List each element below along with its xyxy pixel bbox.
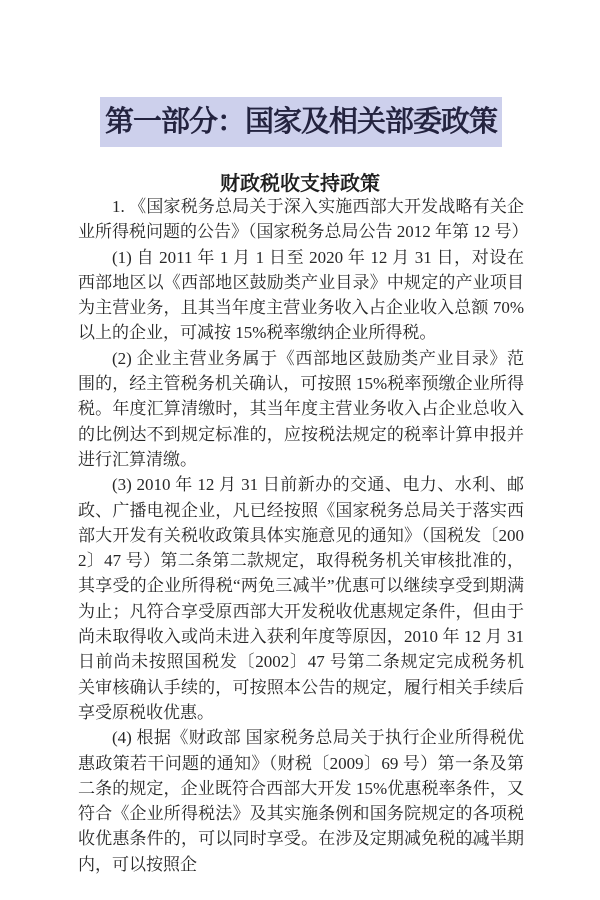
paragraph-clause-2: (2) 企业主营业务属于《西部地区鼓励类产业目录》范围的，经主管税务机关确认，可… — [78, 346, 524, 472]
paragraph-clause-4: (4) 根据《财政部 国家税务总局关于执行企业所得税优惠政策若干问题的通知》（财… — [78, 725, 524, 877]
paragraph-item-1: 1. 《国家税务总局关于深入实施西部大开发战略有关企业所得税问题的公告》（国家税… — [78, 194, 524, 245]
page-number: — 1 — — [459, 834, 514, 851]
body-text-block: 1. 《国家税务总局关于深入实施西部大开发战略有关企业所得税问题的公告》（国家税… — [78, 194, 524, 877]
section-title: 财政税收支持政策 — [0, 167, 600, 196]
paragraph-clause-1: (1) 自 2011 年 1 月 1 日至 2020 年 12 月 31 日，对… — [78, 245, 524, 346]
document-page: 第一部分：国家及相关部委政策 财政税收支持政策 1. 《国家税务总局关于深入实施… — [0, 0, 600, 900]
paragraph-clause-3: (3) 2010 年 12 月 31 日前新办的交通、电力、水利、邮政、广播电视… — [78, 472, 524, 725]
part-title: 第一部分：国家及相关部委政策 — [100, 97, 502, 147]
